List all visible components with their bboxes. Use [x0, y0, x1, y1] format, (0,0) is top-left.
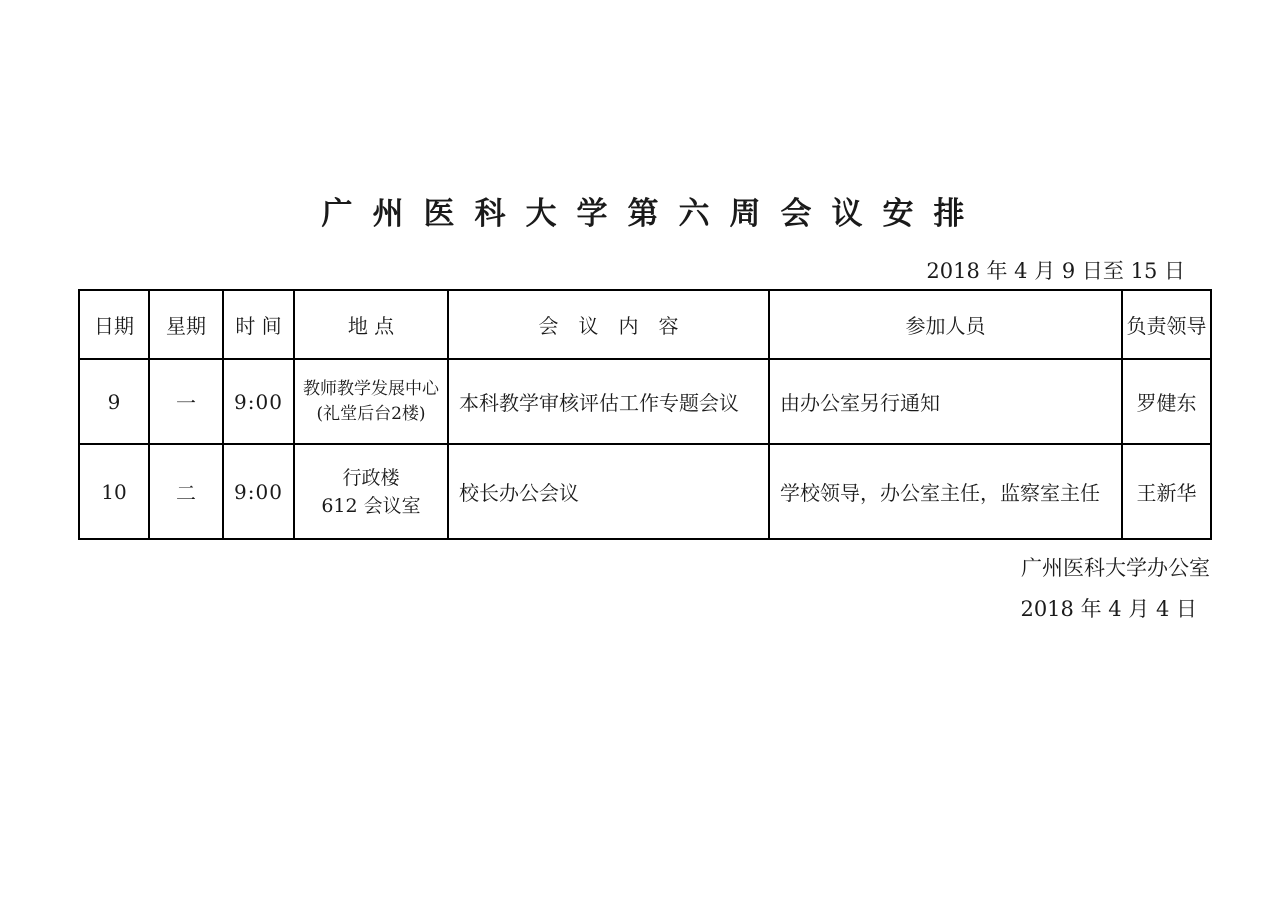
cell-weekday: 一 — [149, 359, 223, 444]
cell-time: 9:00 — [223, 359, 294, 444]
header-location: 地 点 — [294, 290, 448, 359]
cell-weekday: 二 — [149, 444, 223, 539]
cell-leader: 王新华 — [1122, 444, 1211, 539]
location-line-2: 612 会议室 — [295, 492, 447, 520]
date-range-label: 2018 年 4 月 9 日至 15 日 — [926, 257, 1185, 285]
header-content: 会 议 内 容 — [448, 290, 769, 359]
header-time: 时 间 — [223, 290, 294, 359]
cell-date: 9 — [79, 359, 149, 444]
location-line-1: 行政楼 — [295, 464, 447, 492]
schedule-table: 日期 星期 时 间 地 点 会 议 内 容 参加人员 负责领导 9 一 9:00… — [78, 289, 1212, 540]
cell-content: 本科教学审核评估工作专题会议 — [448, 359, 769, 444]
cell-content: 校长办公会议 — [448, 444, 769, 539]
cell-participants: 由办公室另行通知 — [769, 359, 1122, 444]
table-row: 10 二 9:00 行政楼 612 会议室 校长办公会议 学校领导，办公室主任，… — [79, 444, 1211, 539]
header-participants: 参加人员 — [769, 290, 1122, 359]
cell-date: 10 — [79, 444, 149, 539]
location-line-2: (礼堂后台2楼) — [295, 402, 447, 427]
cell-participants: 学校领导，办公室主任，监察室主任 — [769, 444, 1122, 539]
footer-organization: 广州医科大学办公室 — [1021, 554, 1210, 582]
header-weekday: 星期 — [149, 290, 223, 359]
cell-location: 教师教学发展中心 (礼堂后台2楼) — [294, 359, 448, 444]
cell-location: 行政楼 612 会议室 — [294, 444, 448, 539]
document-title: 广州医科大学第六周会议安排 — [0, 188, 1286, 233]
header-leader: 负责领导 — [1122, 290, 1211, 359]
footer-date: 2018 年 4 月 4 日 — [1020, 595, 1197, 623]
document-page: 广州医科大学第六周会议安排 2018 年 4 月 9 日至 15 日 日期 星期… — [0, 0, 1286, 908]
table-header-row: 日期 星期 时 间 地 点 会 议 内 容 参加人员 负责领导 — [79, 290, 1211, 359]
header-date: 日期 — [79, 290, 149, 359]
cell-leader: 罗健东 — [1122, 359, 1211, 444]
cell-time: 9:00 — [223, 444, 294, 539]
table-row: 9 一 9:00 教师教学发展中心 (礼堂后台2楼) 本科教学审核评估工作专题会… — [79, 359, 1211, 444]
location-line-1: 教师教学发展中心 — [295, 377, 447, 402]
